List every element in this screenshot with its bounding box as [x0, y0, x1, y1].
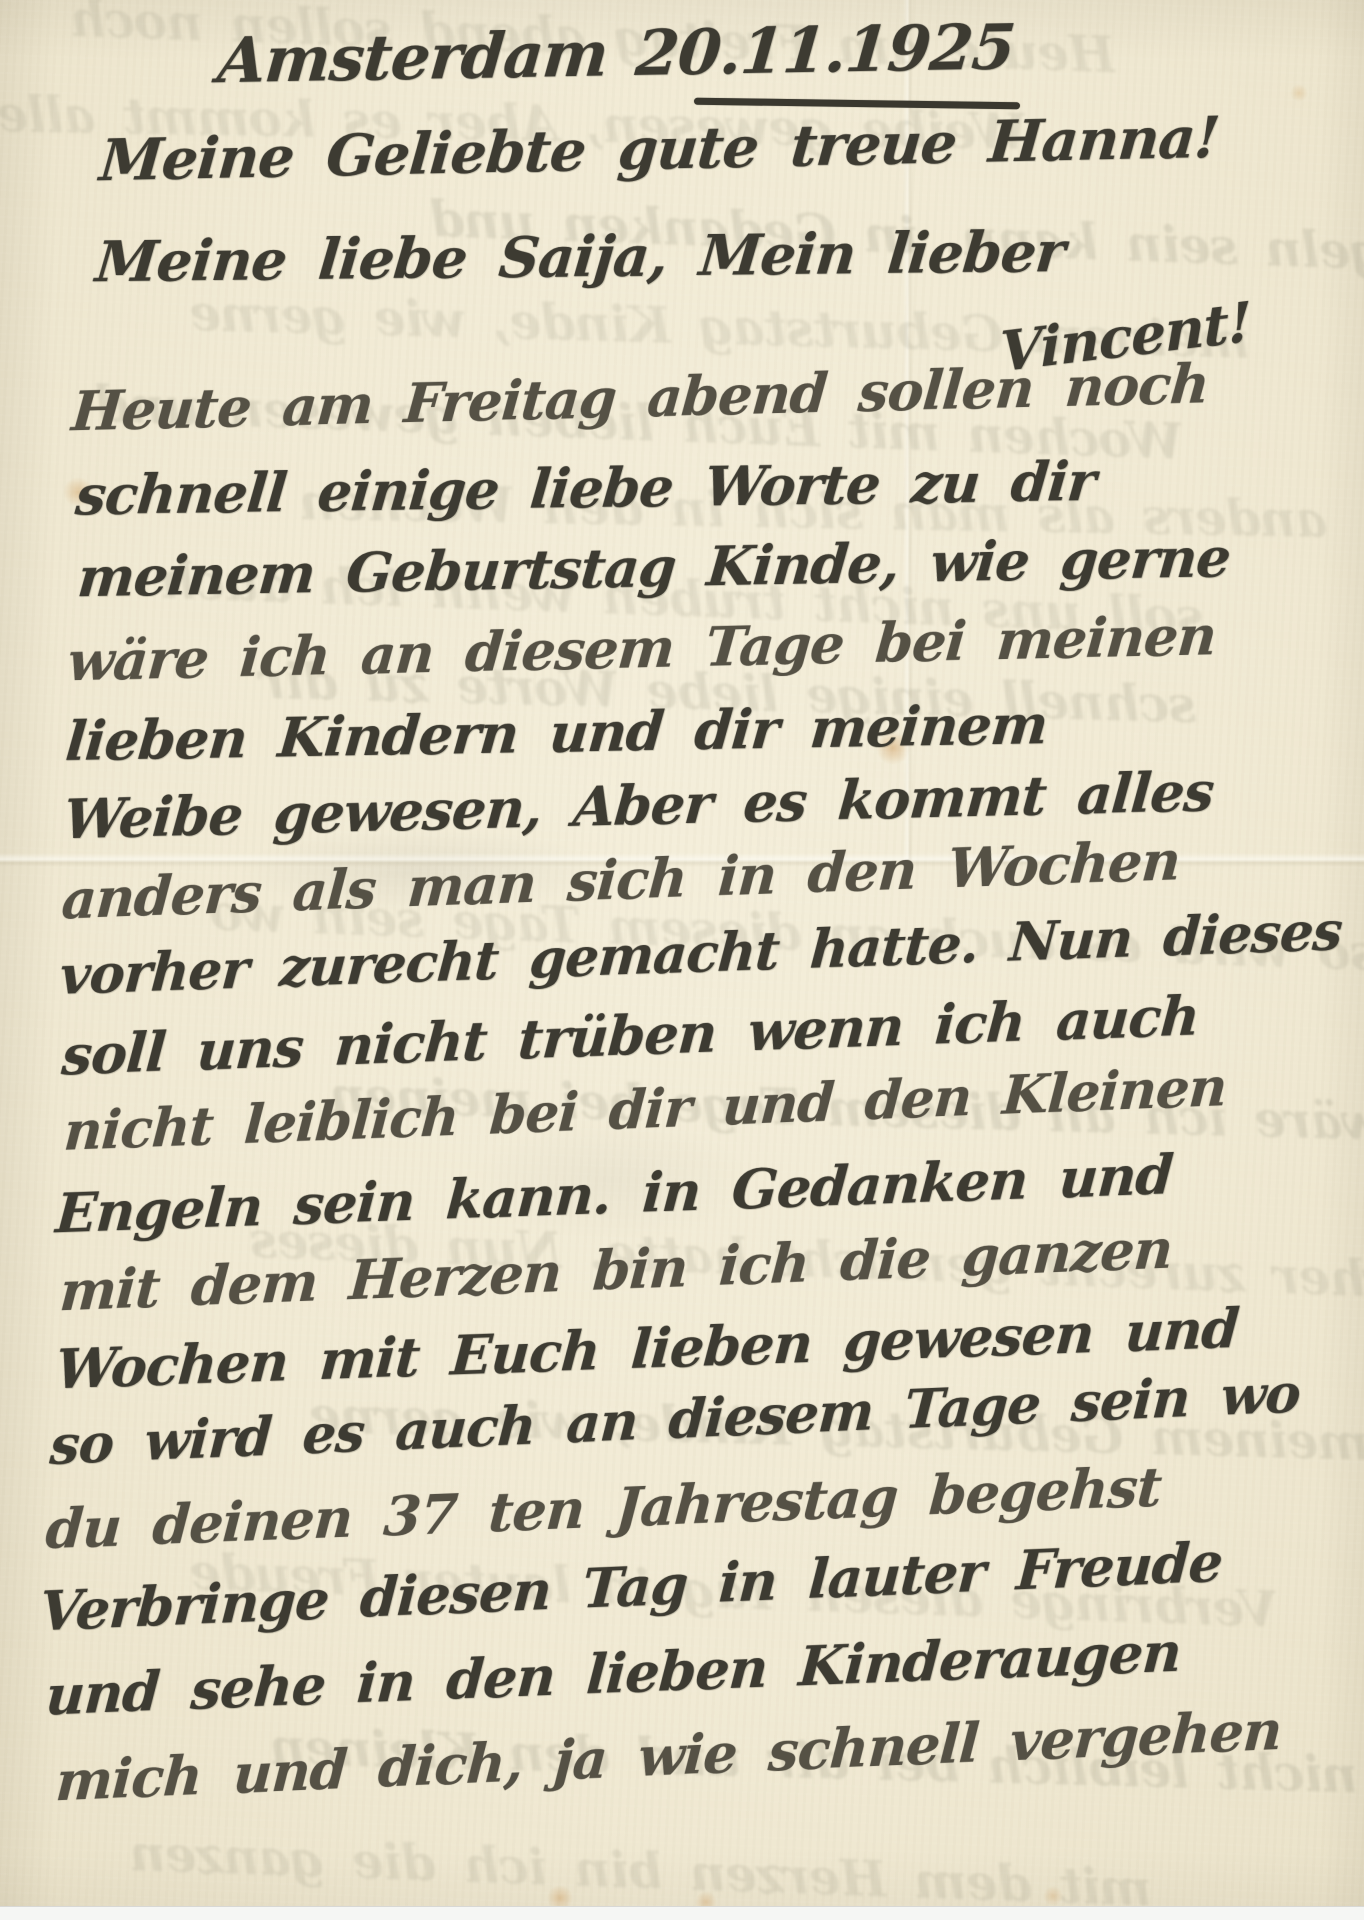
body-line-5: lieben Kindern und dir meinem: [64, 697, 1050, 768]
body-line-2: schnell einige liebe Worte zu dir: [74, 454, 1098, 522]
dateline: Amsterdam 20.11.1925: [215, 16, 1017, 92]
scanner-edge-strip: [0, 1906, 1364, 1920]
letter-scan-page: Heute am Freitag abend sollen noch Weibe…: [0, 0, 1364, 1920]
salutation-line-2: Meine liebe Saija, Mein lieber: [93, 224, 1067, 290]
